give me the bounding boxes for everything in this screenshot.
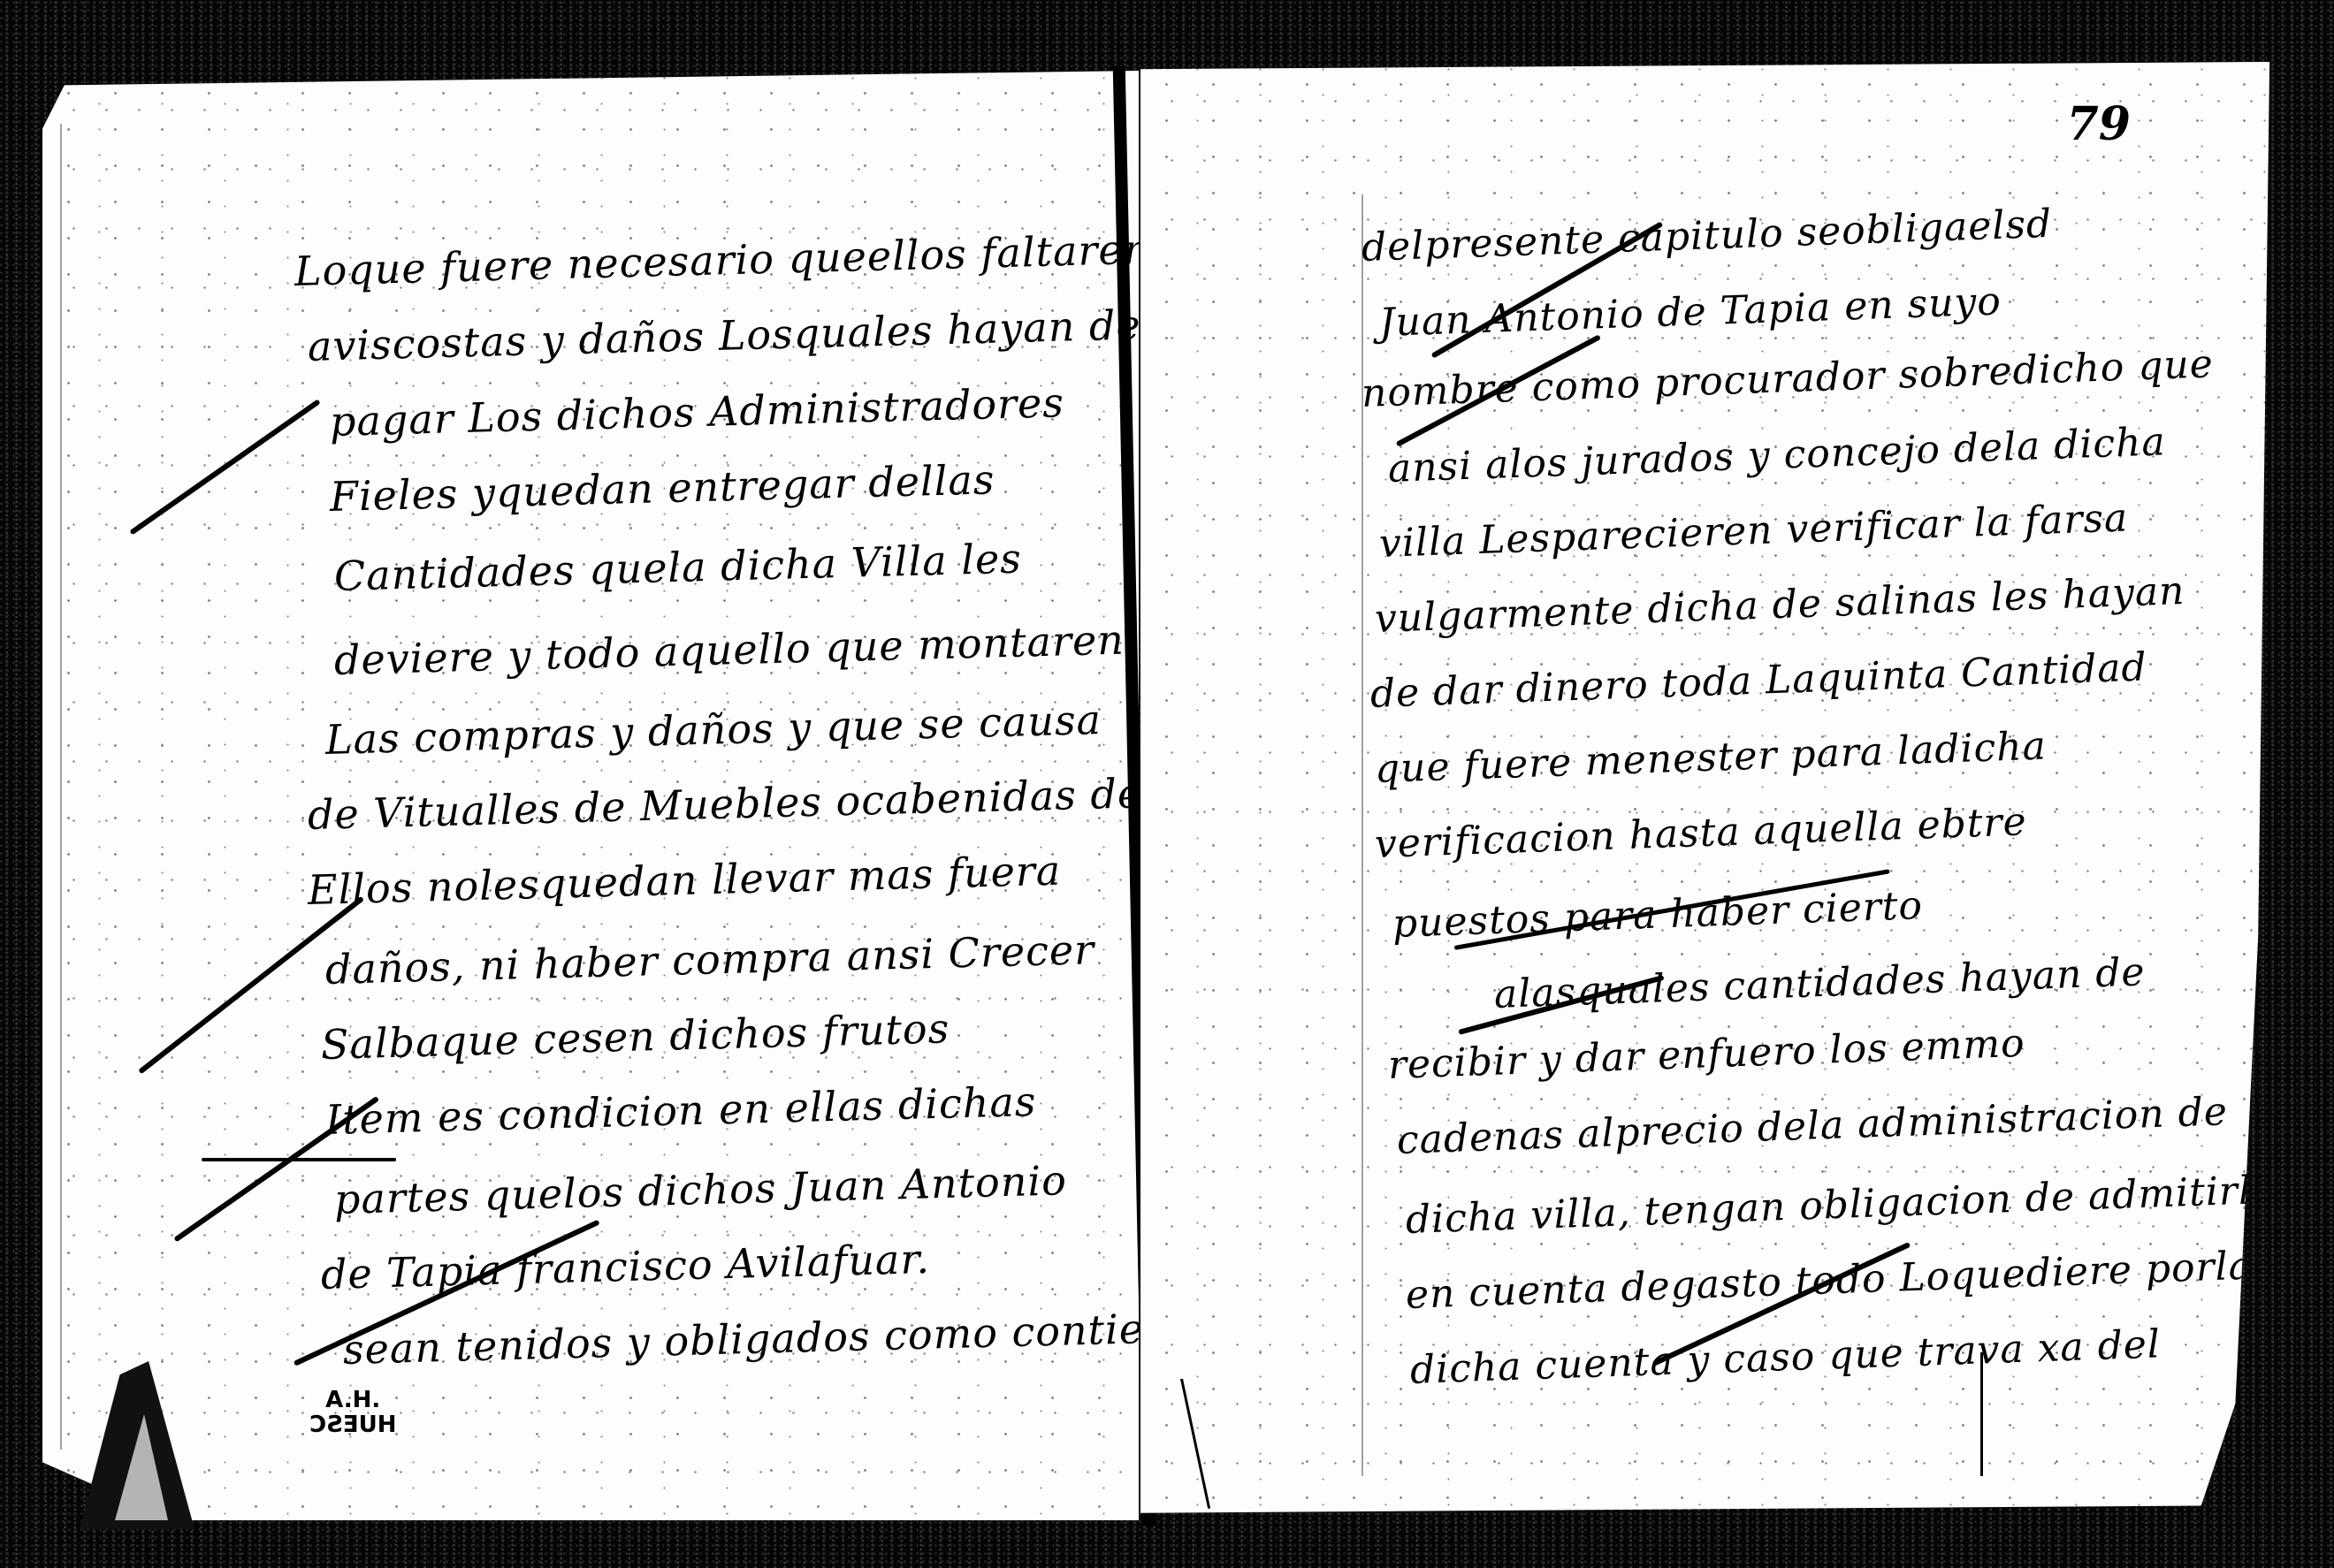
manuscript-line: Cantidades quela dicha Villa les <box>333 535 1022 600</box>
manuscript-line: cadenas alprecio dela administracion de <box>1396 1089 2229 1163</box>
manuscript-line: deviere y todo aquello que montaren <box>333 616 1125 684</box>
stamp-line-2: HUESC <box>309 1412 396 1437</box>
manuscript-line: ansi alos jurados y concejo dela dicha <box>1387 419 2166 491</box>
manuscript-line: de dar dinero toda Laquinta Cantidad <box>1369 644 2147 717</box>
vertical-stroke <box>1980 1352 1983 1476</box>
manuscript-line: partes quelos dichos Juan Antonio <box>333 1156 1067 1223</box>
manuscript-line: alasquales cantidades hayan de <box>1493 949 2146 1017</box>
manuscript-line: daños, ni haber compra ansi Crecer <box>324 925 1095 993</box>
manuscript-line: que fuere menester para ladicha <box>1374 723 2047 791</box>
manuscript-line: pagar Los dichos Administradores <box>329 378 1064 445</box>
manuscript-line: Salbaque cesen dichos frutos <box>320 1004 950 1069</box>
manuscript-line: Item es condicion en ellas dichas <box>324 1077 1037 1144</box>
pen-flourish <box>129 399 320 535</box>
folio-number: 79 <box>2067 97 2131 151</box>
manuscript-line: Las compras y daños y que se causa <box>324 696 1102 764</box>
underline-flourish <box>202 1158 396 1161</box>
manuscript-line: verificacion hasta aquella ebtre <box>1374 799 2027 867</box>
left-page: Loque fuere necesario queellos faltaren … <box>42 71 1139 1520</box>
manuscript-line: villa Lesparecieren verificar la farsa <box>1378 495 2129 567</box>
manuscript-line: recibir y dar enfuero los emmo <box>1387 1021 2025 1088</box>
manuscript-line: delpresente capitulo seobligaelsd <box>1361 202 2053 270</box>
manuscript-line: dicha cuenta y caso que trava xa del <box>1409 1321 2162 1393</box>
manuscript-line: Loque fuere necesario queellos faltaren <box>294 225 1139 295</box>
manuscript-line: nombre como procurador sobredicho que <box>1361 341 2214 416</box>
manuscript-line: Fieles yquedan entregar dellas <box>329 455 995 521</box>
archive-stamp: A.H. HUESC <box>309 1388 396 1437</box>
left-margin-rule <box>60 124 62 1450</box>
right-page: 79 delpresente capitulo seobligaelsd Jua… <box>1140 62 2281 1520</box>
manuscript-line: aviscostas y daños Losquales hayan de <box>307 301 1139 370</box>
manuscript-line: sean tenidos y obligados como contiene <box>342 1304 1139 1374</box>
manuscript-line: puestos para haber cierto <box>1392 883 1924 947</box>
manuscript-line: de Tapia francisco Avilafuar. <box>320 1235 930 1298</box>
manuscript-line: dicha villa, tengan obligacion de admiti… <box>1405 1168 2277 1243</box>
stamp-line-1: A.H. <box>325 1387 380 1413</box>
manuscript-line: Ellos nolesquedan llevar mas fuera <box>307 847 1062 914</box>
manuscript-line: de Vitualles de Muebles ocabenidas de <box>307 769 1139 839</box>
manuscript-line: vulgarmente dicha de salinas les hayan <box>1374 568 2185 642</box>
